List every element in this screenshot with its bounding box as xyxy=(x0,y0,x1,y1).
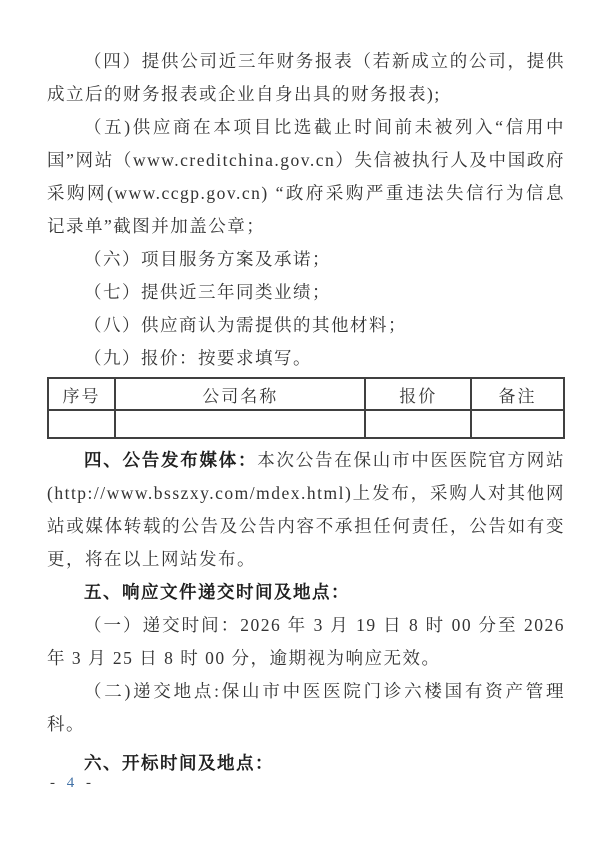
quotation-table: 序号 公司名称 报价 备注 xyxy=(47,377,565,439)
document-page: （四）提供公司近三年财务报表（若新成立的公司，提供成立后的财务报表或企业自身出具… xyxy=(0,0,593,844)
paragraph-submit-place: （二)递交地点:保山市中医医院门诊六楼国有资产管理科。 xyxy=(47,675,565,741)
page-number-right-dash: - xyxy=(86,772,91,794)
cell-serial-number xyxy=(48,410,115,438)
paragraph-item-4: （四）提供公司近三年财务报表（若新成立的公司，提供成立后的财务报表或企业自身出具… xyxy=(47,45,565,111)
section-6-heading: 六、开标时间及地点： xyxy=(47,747,565,780)
page-number: - 4 - xyxy=(50,772,91,794)
paragraph-submit-time: （一）递交时间：2026 年 3 月 19 日 8 时 00 分至 2026 年… xyxy=(47,609,565,675)
paragraph-item-7: （七）提供近三年同类业绩； xyxy=(47,276,565,309)
section-5-heading: 五、响应文件递交时间及地点： xyxy=(47,576,565,609)
header-serial-number: 序号 xyxy=(48,378,115,410)
page-number-left-dash: - xyxy=(50,772,55,794)
document-body: （四）提供公司近三年财务报表（若新成立的公司，提供成立后的财务报表或企业自身出具… xyxy=(47,45,565,780)
paragraph-item-5: （五)供应商在本项目比选截止时间前未被列入“信用中国”网站（www.credit… xyxy=(47,111,565,243)
cell-company-name xyxy=(115,410,365,438)
cell-quotation xyxy=(365,410,471,438)
cell-remarks xyxy=(471,410,564,438)
paragraph-item-8: （八）供应商认为需提供的其他材料； xyxy=(47,309,565,342)
section-4-heading: 四、公告发布媒体： xyxy=(84,450,257,470)
header-quotation: 报价 xyxy=(365,378,471,410)
paragraph-item-9: （九）报价：按要求填写。 xyxy=(47,342,565,375)
page-number-value: 4 xyxy=(67,772,75,794)
paragraph-item-6: （六）项目服务方案及承诺； xyxy=(47,243,565,276)
header-company-name: 公司名称 xyxy=(115,378,365,410)
paragraph-section-4: 四、公告发布媒体：本次公告在保山市中医医院官方网站(http://www.bss… xyxy=(47,444,565,576)
table-header-row: 序号 公司名称 报价 备注 xyxy=(48,378,564,410)
table-row xyxy=(48,410,564,438)
header-remarks: 备注 xyxy=(471,378,564,410)
